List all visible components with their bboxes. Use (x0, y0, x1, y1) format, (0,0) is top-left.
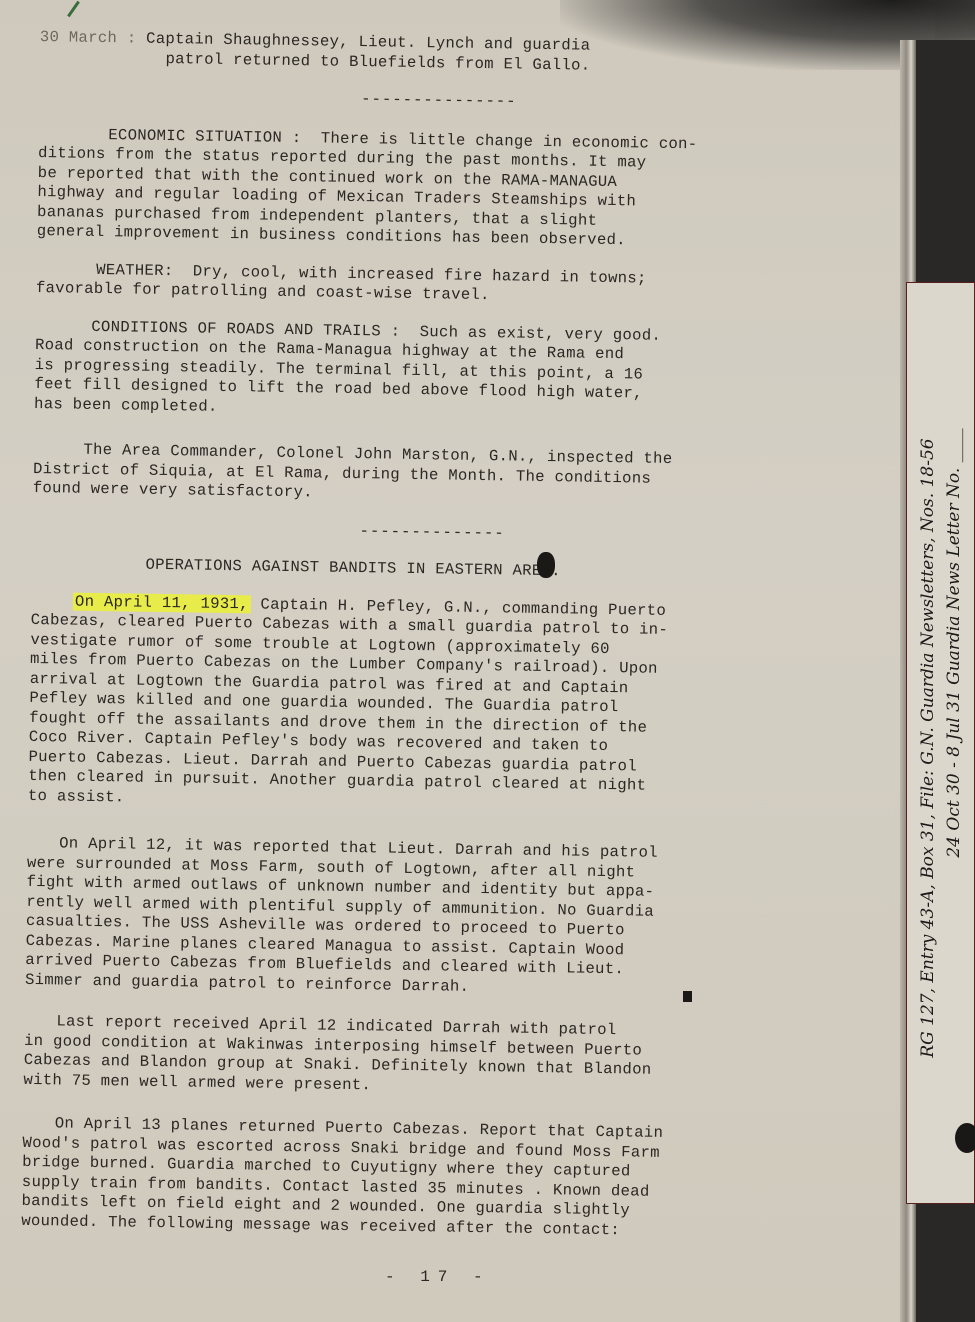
roads-section: CONDITIONS OF ROADS AND TRAILS : Such as… (34, 316, 835, 426)
operations-paragraph-1: On April 11, 1931, Captain H. Pefley, G.… (28, 591, 831, 818)
separator: -------------- (32, 516, 832, 548)
ink-blot (537, 552, 555, 578)
highlighted-date: On April 11, 1931, (73, 592, 251, 613)
march-date-label: 30 March : (40, 28, 137, 48)
archive-citation-line-2: 24 Oct 30 - 8 Jul 31 Guardia News Letter… (941, 428, 967, 1057)
punch-hole (955, 1123, 975, 1153)
page-number: - 17 - (385, 1268, 491, 1286)
economic-situation-section: ECONOMIC SITUATION : There is little cha… (37, 124, 839, 254)
weather-heading: WEATHER: (96, 260, 174, 279)
typewritten-text: 30 March : Captain Shaughnessey, Lieut. … (21, 28, 840, 1261)
archive-citation-line-1: RG 127, Entry 43-A, Box 31, File: G.N. G… (915, 428, 941, 1057)
roads-line: Such as exist, very good. (420, 323, 662, 345)
operations-paragraph-2: On April 12, it was reported that Lieut.… (25, 834, 827, 1003)
operations-paragraph-4: On April 13 planes returned Puerto Cabez… (21, 1114, 823, 1244)
archive-citation-slip: RG 127, Entry 43-A, Box 31, File: G.N. G… (906, 282, 975, 1204)
weather-section: WEATHER: Dry, cool, with increased fire … (36, 259, 837, 311)
archive-citation-text: RG 127, Entry 43-A, Box 31, File: G.N. G… (915, 428, 967, 1057)
ink-dot (683, 991, 692, 1002)
economic-heading: ECONOMIC SITUATION : (108, 126, 301, 147)
operations-heading: OPERATIONS AGAINST BANDITS IN EASTERN AR… (31, 554, 831, 586)
area-commander-paragraph: The Area Commander, Colonel John Marston… (33, 440, 834, 511)
operations-paragraph-3: Last report received April 12 indicated … (23, 1012, 824, 1103)
separator: --------------- (39, 85, 839, 117)
